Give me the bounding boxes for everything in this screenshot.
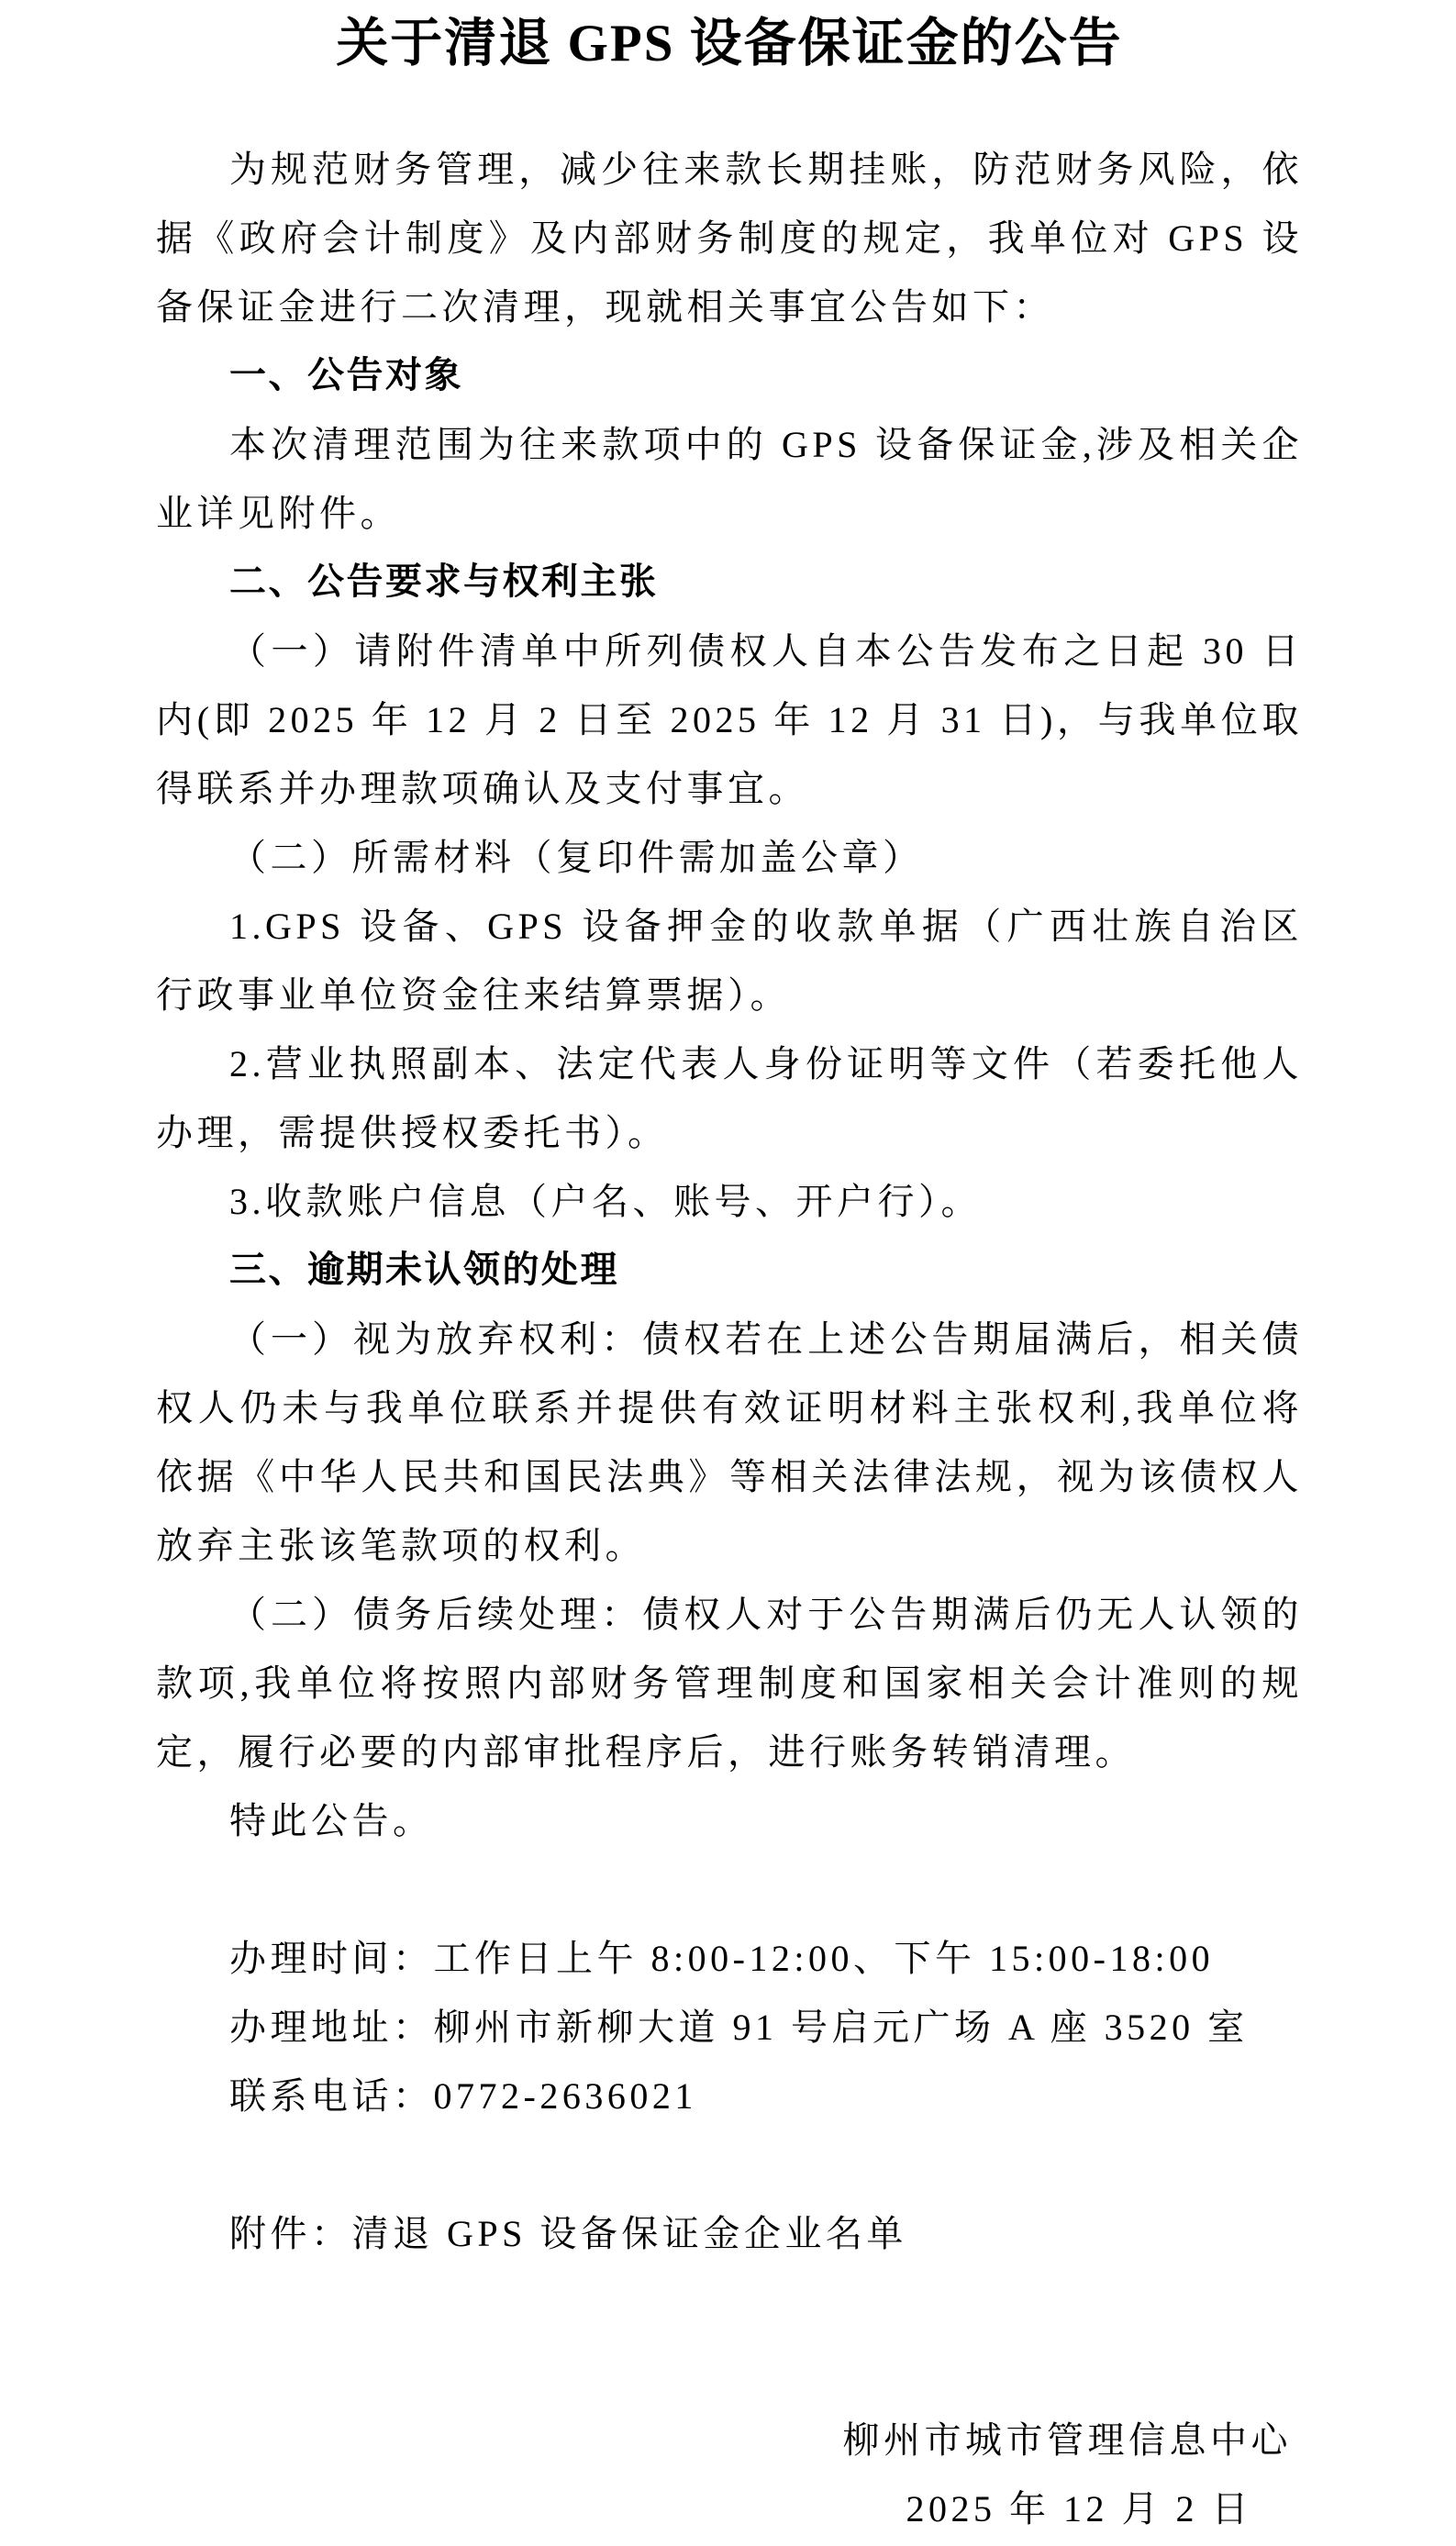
signature-date: 2025 年 12 月 2 日 xyxy=(156,2474,1303,2543)
attachment-line: 附件：清退 GPS 设备保证金企业名单 xyxy=(156,2199,1303,2268)
section-3-heading: 三、逾期未认领的处理 xyxy=(156,1236,1303,1305)
closing-line: 特此公告。 xyxy=(156,1786,1303,1855)
document-content: 关于清退 GPS 设备保证金的公告 为规范财务管理，减少往来款长期挂账，防范财务… xyxy=(0,0,1456,2543)
section-1-paragraph: 本次清理范围为往来款项中的 GPS 设备保证金,涉及相关企业详见附件。 xyxy=(156,410,1303,548)
section-2-heading: 二、公告要求与权利主张 xyxy=(156,548,1303,617)
section-1-heading: 一、公告对象 xyxy=(156,341,1303,410)
section-2-item-account: 3.收款账户信息（户名、账号、开户行）。 xyxy=(156,1167,1303,1236)
section-3-paragraph-waiver: （一）视为放弃权利：债权若在上述公告期届满后，相关债权人仍未与我单位联系并提供有… xyxy=(156,1305,1303,1580)
intro-paragraph: 为规范财务管理，减少往来款长期挂账，防范财务风险，依据《政府会计制度》及内部财务… xyxy=(156,135,1303,341)
signature-org: 柳州市城市管理信息中心 xyxy=(156,2406,1303,2474)
section-3-paragraph-followup: （二）债务后续处理：债权人对于公告期满后仍无人认领的款项,我单位将按照内部财务管… xyxy=(156,1580,1303,1786)
section-2-item-license: 2.营业执照副本、法定代表人身份证明等文件（若委托他人办理，需提供授权委托书）。 xyxy=(156,1029,1303,1167)
office-hours-line: 办理时间：工作日上午 8:00-12:00、下午 15:00-18:00 xyxy=(156,1924,1303,1993)
office-address-line: 办理地址：柳州市新柳大道 91 号启元广场 A 座 3520 室 xyxy=(156,1993,1303,2062)
section-2-paragraph-claim-period: （一）请附件清单中所列债权人自本公告发布之日起 30 日内(即 2025 年 1… xyxy=(156,617,1303,823)
section-2-item-receipts: 1.GPS 设备、GPS 设备押金的收款单据（广西壮族自治区行政事业单位资金往来… xyxy=(156,892,1303,1029)
signature-block: 柳州市城市管理信息中心 2025 年 12 月 2 日 xyxy=(156,2406,1303,2543)
announcement-page: 关于清退 GPS 设备保证金的公告 为规范财务管理，减少往来款长期挂账，防范财务… xyxy=(0,0,1456,2546)
section-2-paragraph-materials: （二）所需材料（复印件需加盖公章） xyxy=(156,823,1303,892)
document-title: 关于清退 GPS 设备保证金的公告 xyxy=(156,9,1303,78)
contact-phone-line: 联系电话：0772-2636021 xyxy=(156,2062,1303,2130)
